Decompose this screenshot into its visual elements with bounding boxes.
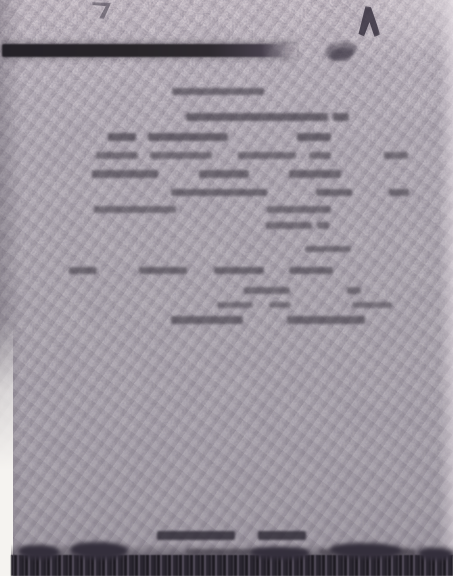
- scanned-document-page: [0, 0, 453, 576]
- left-margin-white-strip: [0, 320, 13, 576]
- heavy-dark-rule: [2, 44, 297, 57]
- scan-blotch-texture: [0, 0, 453, 576]
- bottom-dark-band: [11, 555, 453, 576]
